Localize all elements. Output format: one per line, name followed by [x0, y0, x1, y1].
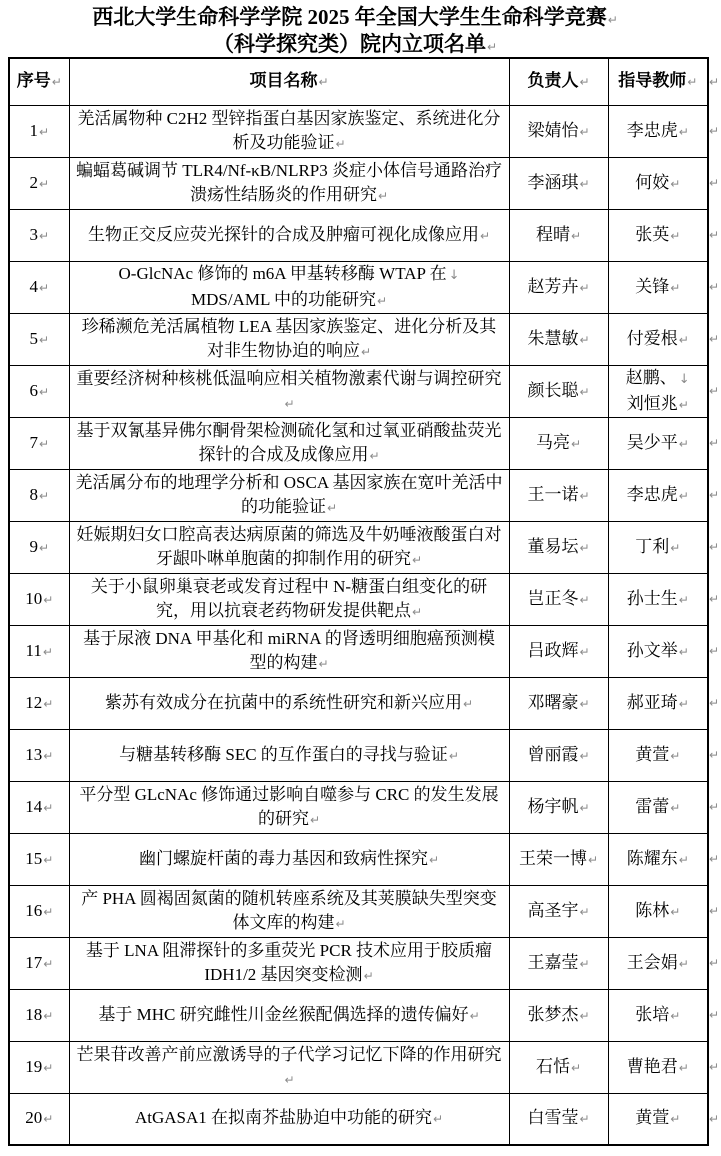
- advisor-cell: 李忠虎↵: [608, 105, 708, 157]
- table-body: 1↵羌活属物种 C2H2 型锌指蛋白基因家族鉴定、系统进化分析及功能验证↵梁婧怡…: [9, 105, 708, 1145]
- paragraph-mark: ↵: [487, 40, 497, 54]
- paragraph-mark: ↵: [579, 957, 589, 971]
- paragraph-mark: ↵: [670, 281, 680, 295]
- paragraph-mark: ↵: [679, 398, 689, 412]
- advisor-cell: 赵鹏、↓刘恒兆↵: [608, 365, 708, 417]
- paragraph-mark: ↵: [670, 541, 680, 555]
- paragraph-mark: ↵: [670, 1112, 680, 1126]
- row-end-paragraph-mark: ↵: [709, 332, 719, 346]
- table-row: 20↵AtGASA1 在拟南芥盐胁迫中功能的研究↵白雪莹↵黄萱↵: [9, 1093, 708, 1145]
- advisor-cell: 关锋↵: [608, 261, 708, 313]
- paragraph-mark: ↵: [433, 1112, 443, 1126]
- project-name-cell: 紫苏有效成分在抗菌中的系统性研究和新兴应用↵: [69, 677, 509, 729]
- table-row: 5↵珍稀濒危羌活属植物 LEA 基因家族鉴定、进化分析及其对非生物协迫的响应↵朱…: [9, 313, 708, 365]
- row-end-paragraph-mark: ↵: [709, 1060, 719, 1074]
- paragraph-mark: ↵: [318, 657, 328, 671]
- leader-cell: 梁婧怡↵: [509, 105, 608, 157]
- advisor-cell: 付爱根↵: [608, 313, 708, 365]
- table-row: 9↵妊娠期妇女口腔高表达病原菌的筛选及牛奶唾液酸蛋白对牙龈卟啉单胞菌的抑制作用的…: [9, 521, 708, 573]
- row-number-cell: 13↵: [9, 729, 69, 781]
- row-number-cell: 6↵: [9, 365, 69, 417]
- table-row: 14↵平分型 GLcNAc 修饰通过影响自噬参与 CRC 的发生发展的研究↵杨宇…: [9, 781, 708, 833]
- paragraph-mark: ↵: [43, 1112, 53, 1126]
- row-end-paragraph-mark: ↵: [709, 800, 719, 814]
- row-end-paragraph-mark: ↵: [709, 75, 719, 89]
- paragraph-mark: ↵: [318, 75, 328, 89]
- project-name-cell: 重要经济树种核桃低温响应相关植物激素代谢与调控研究↵: [69, 365, 509, 417]
- paragraph-mark: ↵: [679, 437, 689, 451]
- project-name-cell: 珍稀濒危羌活属植物 LEA 基因家族鉴定、进化分析及其对非生物协迫的响应↵: [69, 313, 509, 365]
- table-row: 16↵产 PHA 圆褐固氮菌的随机转座系统及其荚膜缺失型突变体文库的构建↵高圣宇…: [9, 885, 708, 937]
- paragraph-mark: ↵: [43, 957, 53, 971]
- advisor-cell: 黄萱↵: [608, 1093, 708, 1145]
- project-name-cell: 产 PHA 圆褐固氮菌的随机转座系统及其荚膜缺失型突变体文库的构建↵: [69, 885, 509, 937]
- advisor-cell: 雷蕾↵: [608, 781, 708, 833]
- row-end-paragraph-mark: ↵: [709, 696, 719, 710]
- leader-cell: 董易坛↵: [509, 521, 608, 573]
- paragraph-mark: ↵: [463, 697, 473, 711]
- row-end-marks: ↵↵↵↵↵↵↵↵↵↵↵↵↵↵↵↵↵↵↵↵↵: [709, 0, 721, 1156]
- project-name-cell: O-GlcNAc 修饰的 m6A 甲基转移酶 WTAP 在↓MDS/AML 中的…: [69, 261, 509, 313]
- paragraph-mark: ↵: [335, 137, 345, 151]
- paragraph-mark: ↵: [378, 189, 388, 203]
- project-name-cell: AtGASA1 在拟南芥盐胁迫中功能的研究↵: [69, 1093, 509, 1145]
- row-end-paragraph-mark: ↵: [709, 852, 719, 866]
- paragraph-mark: ↵: [43, 905, 53, 919]
- col-header-advisor: 指导教师↵: [608, 58, 708, 105]
- row-end-paragraph-mark: ↵: [709, 436, 719, 450]
- paragraph-mark: ↵: [579, 801, 589, 815]
- paragraph-mark: ↵: [679, 593, 689, 607]
- row-end-paragraph-mark: ↵: [709, 748, 719, 762]
- col-header-number-label: 序号: [17, 71, 51, 90]
- paragraph-mark: ↵: [579, 697, 589, 711]
- leader-cell: 王一诺↵: [509, 469, 608, 521]
- advisor-cell: 黄萱↵: [608, 729, 708, 781]
- row-number-cell: 10↵: [9, 573, 69, 625]
- advisor-cell: 曹艳君↵: [608, 1041, 708, 1093]
- paragraph-mark: ↵: [284, 1073, 294, 1087]
- row-number-cell: 3↵: [9, 209, 69, 261]
- project-name-cell: 基于 MHC 研究雌性川金丝猴配偶选择的遗传偏好↵: [69, 989, 509, 1041]
- paragraph-mark: ↵: [679, 697, 689, 711]
- leader-cell: 赵芳卉↵: [509, 261, 608, 313]
- advisor-cell: 孙士生↵: [608, 573, 708, 625]
- row-number-cell: 18↵: [9, 989, 69, 1041]
- paragraph-mark: ↵: [579, 75, 589, 89]
- paragraph-mark: ↵: [43, 697, 53, 711]
- table-row: 18↵基于 MHC 研究雌性川金丝猴配偶选择的遗传偏好↵张梦杰↵张培↵: [9, 989, 708, 1041]
- paragraph-mark: ↵: [449, 749, 459, 763]
- paragraph-mark: ↵: [579, 385, 589, 399]
- paragraph-mark: ↵: [579, 1112, 589, 1126]
- table-row: 7↵基于双氰基异佛尔酮骨架检测硫化氢和过氧亚硝酸盐荧光探针的合成及成像应用↵马亮…: [9, 417, 708, 469]
- leader-cell: 白雪莹↵: [509, 1093, 608, 1145]
- paragraph-mark: ↵: [52, 75, 62, 89]
- project-name-cell: 生物正交反应荧光探针的合成及肿瘤可视化成像应用↵: [69, 209, 509, 261]
- paragraph-mark: ↵: [470, 1009, 480, 1023]
- title-line-2: （科学探究类）院内立项名单↵: [0, 32, 710, 59]
- advisor-cell: 丁利↵: [608, 521, 708, 573]
- paragraph-mark: ↵: [369, 449, 379, 463]
- paragraph-mark: ↵: [679, 333, 689, 347]
- row-number-cell: 4↵: [9, 261, 69, 313]
- row-end-paragraph-mark: ↵: [709, 488, 719, 502]
- leader-cell: 王嘉莹↵: [509, 937, 608, 989]
- row-end-paragraph-mark: ↵: [709, 540, 719, 554]
- project-name-cell: 蝙蝠葛碱调节 TLR4/Nf-κB/NLRP3 炎症小体信号通路治疗溃疡性结肠炎…: [69, 157, 509, 209]
- title-line1-text: 西北大学生命科学学院 2025 年全国大学生生命科学竞赛: [92, 5, 607, 29]
- paragraph-mark: ↵: [579, 1009, 589, 1023]
- project-name-cell: 羌活属物种 C2H2 型锌指蛋白基因家族鉴定、系统进化分析及功能验证↵: [69, 105, 509, 157]
- leader-cell: 马亮↵: [509, 417, 608, 469]
- paragraph-mark: ↵: [579, 593, 589, 607]
- leader-cell: 高圣宇↵: [509, 885, 608, 937]
- row-end-paragraph-mark: ↵: [709, 956, 719, 970]
- line-break-mark: ↓: [679, 372, 690, 387]
- project-name-cell: 芒果苷改善产前应激诱导的子代学习记忆下降的作用研究↵: [69, 1041, 509, 1093]
- advisor-cell: 陈林↵: [608, 885, 708, 937]
- paragraph-mark: ↵: [429, 853, 439, 867]
- advisor-cell: 陈耀东↵: [608, 833, 708, 885]
- row-number-cell: 11↵: [9, 625, 69, 677]
- paragraph-mark: ↵: [670, 905, 680, 919]
- project-name-cell: 关于小鼠卵巢衰老或发育过程中 N-糖蛋白组变化的研究，用以抗衰老药物研发提供靶点…: [69, 573, 509, 625]
- col-header-leader-label: 负责人: [527, 71, 578, 90]
- leader-cell: 李涵琪↵: [509, 157, 608, 209]
- paragraph-mark: ↵: [39, 177, 49, 191]
- paragraph-mark: ↵: [579, 333, 589, 347]
- table-row: 17↵基于 LNA 阻滞探针的多重荧光 PCR 技术应用于胶质瘤 IDH1/2 …: [9, 937, 708, 989]
- leader-cell: 朱慧敏↵: [509, 313, 608, 365]
- title-line-1: 西北大学生命科学学院 2025 年全国大学生生命科学竞赛↵: [0, 5, 710, 32]
- project-name-cell: 羌活属分布的地理学分析和 OSCA 基因家族在宽叶羌活中的功能验证↵: [69, 469, 509, 521]
- advisor-cell: 孙文举↵: [608, 625, 708, 677]
- header-row: 序号↵ 项目名称↵ 负责人↵ 指导教师↵: [9, 58, 708, 105]
- paragraph-mark: ↵: [679, 125, 689, 139]
- row-end-paragraph-mark: ↵: [709, 644, 719, 658]
- paragraph-mark: ↵: [43, 749, 53, 763]
- paragraph-mark: ↵: [39, 489, 49, 503]
- table-row: 15↵幽门螺旋杆菌的毒力基因和致病性探究↵王荣一博↵陈耀东↵: [9, 833, 708, 885]
- table-row: 6↵重要经济树种核桃低温响应相关植物激素代谢与调控研究↵颜长聪↵赵鹏、↓刘恒兆↵: [9, 365, 708, 417]
- paragraph-mark: ↵: [579, 177, 589, 191]
- paragraph-mark: ↵: [571, 229, 581, 243]
- table-row: 8↵羌活属分布的地理学分析和 OSCA 基因家族在宽叶羌活中的功能验证↵王一诺↵…: [9, 469, 708, 521]
- paragraph-mark: ↵: [364, 969, 374, 983]
- paragraph-mark: ↵: [687, 75, 697, 89]
- line-break-mark: ↓: [449, 268, 460, 283]
- project-name-cell: 平分型 GLcNAc 修饰通过影响自噬参与 CRC 的发生发展的研究↵: [69, 781, 509, 833]
- paragraph-mark: ↵: [670, 1009, 680, 1023]
- row-end-paragraph-mark: ↵: [709, 1008, 719, 1022]
- paragraph-mark: ↵: [43, 801, 53, 815]
- paragraph-mark: ↵: [412, 553, 422, 567]
- row-end-paragraph-mark: ↵: [709, 592, 719, 606]
- table-row: 10↵关于小鼠卵巢衰老或发育过程中 N-糖蛋白组变化的研究，用以抗衰老药物研发提…: [9, 573, 708, 625]
- paragraph-mark: ↵: [39, 541, 49, 555]
- advisor-cell: 郝亚琦↵: [608, 677, 708, 729]
- title-line2-text: （科学探究类）院内立项名单: [213, 32, 486, 56]
- leader-cell: 邓曙豪↵: [509, 677, 608, 729]
- advisor-cell: 吴少平↵: [608, 417, 708, 469]
- row-end-paragraph-mark: ↵: [709, 228, 719, 242]
- leader-cell: 曾丽霞↵: [509, 729, 608, 781]
- paragraph-mark: ↵: [571, 1061, 581, 1075]
- paragraph-mark: ↵: [412, 605, 422, 619]
- advisor-cell: 李忠虎↵: [608, 469, 708, 521]
- leader-cell: 吕政辉↵: [509, 625, 608, 677]
- paragraph-mark: ↵: [43, 645, 53, 659]
- table-row: 11↵基于尿液 DNA 甲基化和 miRNA 的肾透明细胞癌预测模型的构建↵吕政…: [9, 625, 708, 677]
- col-header-leader: 负责人↵: [509, 58, 608, 105]
- row-number-cell: 2↵: [9, 157, 69, 209]
- table-row: 12↵紫苏有效成分在抗菌中的系统性研究和新兴应用↵邓曙豪↵郝亚琦↵: [9, 677, 708, 729]
- paragraph-mark: ↵: [284, 397, 294, 411]
- paragraph-mark: ↵: [670, 749, 680, 763]
- row-number-cell: 20↵: [9, 1093, 69, 1145]
- project-name-cell: 基于双氰基异佛尔酮骨架检测硫化氢和过氧亚硝酸盐荧光探针的合成及成像应用↵: [69, 417, 509, 469]
- paragraph-mark: ↵: [579, 749, 589, 763]
- row-number-cell: 19↵: [9, 1041, 69, 1093]
- row-end-paragraph-mark: ↵: [709, 280, 719, 294]
- projects-table: 序号↵ 项目名称↵ 负责人↵ 指导教师↵ 1↵羌活属物种 C2H2 型锌指蛋白基…: [8, 57, 709, 1146]
- paragraph-mark: ↵: [43, 1009, 53, 1023]
- paragraph-mark: ↵: [579, 281, 589, 295]
- leader-cell: 王荣一博↵: [509, 833, 608, 885]
- leader-cell: 岂正冬↵: [509, 573, 608, 625]
- project-name-cell: 基于尿液 DNA 甲基化和 miRNA 的肾透明细胞癌预测模型的构建↵: [69, 625, 509, 677]
- paragraph-mark: ↵: [39, 281, 49, 295]
- paragraph-mark: ↵: [39, 125, 49, 139]
- paragraph-mark: ↵: [335, 917, 345, 931]
- leader-cell: 张梦杰↵: [509, 989, 608, 1041]
- project-name-cell: 基于 LNA 阻滞探针的多重荧光 PCR 技术应用于胶质瘤 IDH1/2 基因突…: [69, 937, 509, 989]
- paragraph-mark: ↵: [670, 229, 680, 243]
- row-number-cell: 15↵: [9, 833, 69, 885]
- paragraph-mark: ↵: [679, 957, 689, 971]
- row-end-paragraph-mark: ↵: [709, 1112, 719, 1126]
- table-row: 4↵O-GlcNAc 修饰的 m6A 甲基转移酶 WTAP 在↓MDS/AML …: [9, 261, 708, 313]
- row-number-cell: 12↵: [9, 677, 69, 729]
- col-header-advisor-label: 指导教师: [618, 71, 686, 90]
- paragraph-mark: ↵: [43, 1061, 53, 1075]
- advisor-cell: 王会娟↵: [608, 937, 708, 989]
- row-end-paragraph-mark: ↵: [709, 124, 719, 138]
- paragraph-mark: ↵: [679, 489, 689, 503]
- row-number-cell: 7↵: [9, 417, 69, 469]
- paragraph-mark: ↵: [327, 501, 337, 515]
- project-name-cell: 幽门螺旋杆菌的毒力基因和致病性探究↵: [69, 833, 509, 885]
- row-number-cell: 9↵: [9, 521, 69, 573]
- paragraph-mark: ↵: [679, 1061, 689, 1075]
- paragraph-mark: ↵: [579, 905, 589, 919]
- paragraph-mark: ↵: [39, 333, 49, 347]
- advisor-cell: 何姣↵: [608, 157, 708, 209]
- row-end-paragraph-mark: ↵: [709, 384, 719, 398]
- paragraph-mark: ↵: [39, 229, 49, 243]
- leader-cell: 颜长聪↵: [509, 365, 608, 417]
- leader-cell: 石恬↵: [509, 1041, 608, 1093]
- col-header-number: 序号↵: [9, 58, 69, 105]
- leader-cell: 杨宇帆↵: [509, 781, 608, 833]
- row-number-cell: 8↵: [9, 469, 69, 521]
- table-row: 3↵生物正交反应荧光探针的合成及肿瘤可视化成像应用↵程晴↵张英↵: [9, 209, 708, 261]
- paragraph-mark: ↵: [39, 385, 49, 399]
- paragraph-mark: ↵: [480, 229, 490, 243]
- table-row: 2↵蝙蝠葛碱调节 TLR4/Nf-κB/NLRP3 炎症小体信号通路治疗溃疡性结…: [9, 157, 708, 209]
- paragraph-mark: ↵: [588, 853, 598, 867]
- table-row: 1↵羌活属物种 C2H2 型锌指蛋白基因家族鉴定、系统进化分析及功能验证↵梁婧怡…: [9, 105, 708, 157]
- row-end-paragraph-mark: ↵: [709, 904, 719, 918]
- col-header-project: 项目名称↵: [69, 58, 509, 105]
- paragraph-mark: ↵: [579, 645, 589, 659]
- row-number-cell: 1↵: [9, 105, 69, 157]
- advisor-cell: 张英↵: [608, 209, 708, 261]
- leader-cell: 程晴↵: [509, 209, 608, 261]
- paragraph-mark: ↵: [579, 541, 589, 555]
- paragraph-mark: ↵: [310, 813, 320, 827]
- paragraph-mark: ↵: [43, 853, 53, 867]
- paragraph-mark: ↵: [43, 593, 53, 607]
- paragraph-mark: ↵: [670, 801, 680, 815]
- row-number-cell: 14↵: [9, 781, 69, 833]
- col-header-project-label: 项目名称: [249, 71, 317, 90]
- row-number-cell: 16↵: [9, 885, 69, 937]
- paragraph-mark: ↵: [608, 13, 618, 27]
- paragraph-mark: ↵: [361, 345, 371, 359]
- paragraph-mark: ↵: [377, 294, 387, 308]
- paragraph-mark: ↵: [39, 437, 49, 451]
- paragraph-mark: ↵: [579, 125, 589, 139]
- row-number-cell: 5↵: [9, 313, 69, 365]
- row-end-paragraph-mark: ↵: [709, 176, 719, 190]
- row-number-cell: 17↵: [9, 937, 69, 989]
- page-title: 西北大学生命科学学院 2025 年全国大学生生命科学竞赛↵ （科学探究类）院内立…: [0, 5, 710, 59]
- paragraph-mark: ↵: [579, 489, 589, 503]
- table-row: 13↵与糖基转移酶 SEC 的互作蛋白的寻找与验证↵曾丽霞↵黄萱↵: [9, 729, 708, 781]
- project-name-cell: 与糖基转移酶 SEC 的互作蛋白的寻找与验证↵: [69, 729, 509, 781]
- paragraph-mark: ↵: [670, 177, 680, 191]
- paragraph-mark: ↵: [679, 853, 689, 867]
- paragraph-mark: ↵: [679, 645, 689, 659]
- paragraph-mark: ↵: [571, 437, 581, 451]
- table-row: 19↵芒果苷改善产前应激诱导的子代学习记忆下降的作用研究↵石恬↵曹艳君↵: [9, 1041, 708, 1093]
- project-name-cell: 妊娠期妇女口腔高表达病原菌的筛选及牛奶唾液酸蛋白对牙龈卟啉单胞菌的抑制作用的研究…: [69, 521, 509, 573]
- advisor-cell: 张培↵: [608, 989, 708, 1041]
